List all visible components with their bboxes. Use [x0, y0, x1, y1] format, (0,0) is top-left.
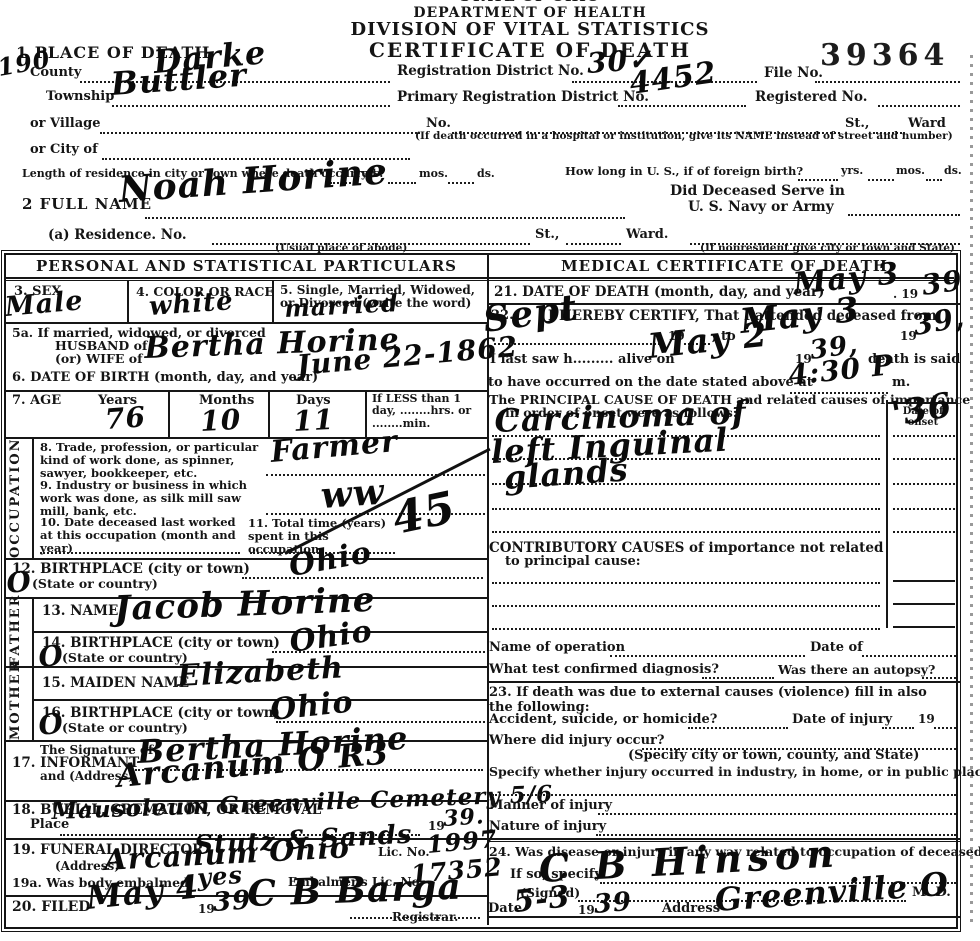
residence-ward-blank [566, 241, 621, 245]
primary-registration-blank [618, 103, 746, 107]
file-no-stamp: 39364 [820, 38, 949, 73]
rule-under-age [6, 437, 487, 439]
funeral-lic-label: Lic. No. [378, 846, 430, 859]
rule-bottom-right [487, 916, 960, 918]
county-label: County [30, 66, 81, 81]
residence-ds-blank [448, 180, 474, 184]
father-side-label: FATHER [8, 598, 23, 666]
occurred-label: to have occurred on the date stated abov… [488, 376, 813, 391]
residence-label: (a) Residence. No. [48, 228, 187, 243]
onset-line-5-blank [893, 529, 955, 533]
residence-ward-label: Ward. [626, 228, 668, 243]
primary-registration-handwritten: 4452 [628, 58, 719, 100]
contributory-onset-1 [893, 580, 955, 582]
industry-label: 9. Industry or business in which work wa… [40, 479, 272, 518]
injury-date-label: Date of injury [792, 713, 892, 728]
date-of-operation-blank [862, 653, 956, 657]
dob-label: 6. DATE OF BIRTH (month, day, and year) [12, 371, 318, 386]
us-length-label: How long in U. S., if of foreign birth? [565, 165, 803, 178]
residence-mos-label: mos. [419, 168, 448, 180]
contributory-line-3-blank [492, 626, 880, 630]
residence-mos-blank [388, 180, 416, 184]
us-yrs-blank [798, 177, 838, 181]
to-year-handwritten: 39, [911, 303, 967, 340]
birthplace-blank [242, 575, 483, 579]
township-label: Township [46, 90, 114, 105]
injury-19-printed: 19 [918, 713, 935, 726]
township-handwritten: Buttler [110, 59, 248, 100]
birthplace-label: 12. BIRTHPLACE (city or town) [12, 562, 250, 577]
date-of-operation-label: Date of [810, 641, 863, 656]
accident-blank [688, 725, 788, 729]
registration-district-label: Registration District No. [397, 64, 584, 79]
file-no-blank [815, 79, 960, 83]
onset-column-divider [886, 400, 888, 628]
filed-year-handwritten: 39 [212, 887, 252, 916]
marital-handwritten: married [284, 291, 400, 321]
rule-under-test [487, 681, 960, 683]
contributory-line-1-blank [492, 580, 880, 584]
contributory-onset-2 [893, 603, 955, 605]
mother-name-label: 15. MAIDEN NAME [42, 676, 189, 691]
attended-from-blank [494, 341, 664, 345]
injury-year-blank [934, 725, 956, 729]
age-divider-2 [268, 390, 270, 437]
residence-st-label: St., [535, 228, 559, 243]
onset-line-2-blank [893, 456, 955, 460]
onset-date-handwritten: '36 [889, 388, 955, 432]
navy-service-label-1: Did Deceased Serve in [670, 184, 845, 200]
cause-3-handwritten: glands [503, 453, 630, 494]
navy-service-blank [848, 212, 960, 216]
last-worked-label: 10. Date deceased last worked at this oc… [40, 516, 245, 555]
hospital-note: (If death occurred in a hospital or inst… [415, 131, 953, 143]
operation-label: Name of operation [489, 641, 625, 656]
where-injury-label: Where did injury occur? [489, 734, 665, 749]
father-birthplace-label: 14. BIRTHPLACE (city or town) [42, 636, 280, 651]
specify-where-blank [492, 792, 956, 796]
us-ds-label: ds. [944, 165, 962, 177]
dod-year-handwritten: 39 [920, 267, 964, 300]
contributory-line-2-blank [492, 603, 880, 607]
margin-fine-print-marks [970, 55, 973, 925]
manner-of-injury-blank [598, 811, 956, 815]
certificate-title: CERTIFICATE OF DEATH [250, 39, 810, 61]
accident-label: Accident, suicide, or homicide? [489, 713, 717, 728]
rule-under-sex-row [6, 322, 487, 324]
full-name-handwritten: Noah Horine [117, 153, 389, 208]
last-worked-blank [40, 550, 240, 554]
trade-label: 8. Trade, profession, or particular kind… [40, 441, 272, 480]
occupation-side-label: OCCUPATION [8, 437, 23, 558]
external-causes-label: 23. If death was due to external causes … [489, 686, 955, 715]
injury-date-blank [882, 725, 914, 729]
contributory-onset-3 [893, 626, 955, 628]
autopsy-blank [922, 675, 956, 679]
mother-side-label: MOTHER [8, 666, 23, 740]
age-years-handwritten: 76 [104, 403, 147, 434]
cert-year-handwritten: 39 [593, 889, 633, 918]
full-name-blank [145, 215, 625, 219]
father-name-label: 13. NAME [42, 604, 118, 619]
registrar-signature-handwritten: C B Barga [247, 869, 463, 912]
specify-where-label: Specify whether injury occurred in indus… [489, 765, 980, 779]
navy-service-label-2: U. S. Navy or Army [688, 200, 834, 216]
operation-blank [610, 653, 805, 657]
residence-ds-label: ds. [477, 168, 495, 180]
mother-o-mark: O [37, 709, 65, 740]
rule-under-father-name [32, 631, 487, 633]
manner-of-injury-label: Manner of injury [489, 799, 612, 814]
us-mos-blank [868, 177, 894, 181]
last-saw-label: I last saw h......... alive on [490, 353, 675, 368]
nature-of-injury-label: Nature of injury [489, 820, 606, 835]
onset-line-3-blank [893, 481, 955, 485]
village-label: or Village [30, 117, 101, 132]
age-months-handwritten: 10 [200, 406, 242, 436]
wife-label: (or) WIFE of [55, 352, 142, 366]
dod-19-printed: . 19 [893, 288, 918, 301]
contributory-label-2: to principal cause: [505, 555, 641, 570]
mother-name-handwritten: Elizabeth [176, 653, 344, 692]
village-blank [100, 130, 420, 134]
occupation-side-divider [32, 437, 34, 558]
age-divider-1 [168, 390, 170, 437]
cert-address-label: Address [662, 902, 720, 917]
filed-label: 20. FILED [12, 900, 90, 916]
father-state-label: (State or country) [62, 651, 188, 665]
rule-under-mother-name [32, 699, 487, 701]
cause-line-4-blank [492, 506, 880, 510]
registered-no-label: Registered No. [755, 90, 867, 105]
registrar-label: Registrar. [392, 911, 458, 924]
test-label: What test confirmed diagnosis? [489, 663, 719, 678]
filed-19-printed: 19 [198, 903, 215, 916]
city-label: or City of [30, 143, 98, 158]
m-label: m. [892, 376, 910, 391]
autopsy-label: Was there an autopsy? [778, 663, 935, 677]
us-ds-blank [926, 177, 942, 181]
mother-birthplace-label: 16. BIRTHPLACE (city or town) [42, 706, 280, 721]
sex-race-divider [127, 281, 129, 322]
us-mos-label: mos. [896, 165, 925, 177]
race-handwritten: white [148, 288, 234, 320]
mother-birthplace-handwritten: Ohio [269, 687, 355, 726]
us-yrs-label: yrs. [841, 165, 863, 177]
registered-no-blank [878, 103, 960, 107]
cause-line-5-blank [492, 529, 880, 533]
primary-registration-label: Primary Registration District No. [397, 90, 649, 105]
onset-line-4-blank [893, 506, 955, 510]
sex-handwritten: Male [4, 287, 85, 321]
specify-city-note: (Specify city or town, county, and State… [628, 749, 919, 764]
age-label: 7. AGE [12, 394, 61, 409]
personal-section-title: PERSONAL AND STATISTICAL PARTICULARS [6, 258, 487, 275]
cert-date-handwritten: 5-3 [512, 882, 572, 918]
death-certificate-document: STATE OF OHIO DEPARTMENT OF HEALTH DIVIS… [0, 0, 980, 941]
rule-under-occupation [6, 558, 487, 560]
township-blank [112, 103, 390, 107]
mother-side-divider [32, 666, 34, 740]
test-blank [702, 675, 774, 679]
